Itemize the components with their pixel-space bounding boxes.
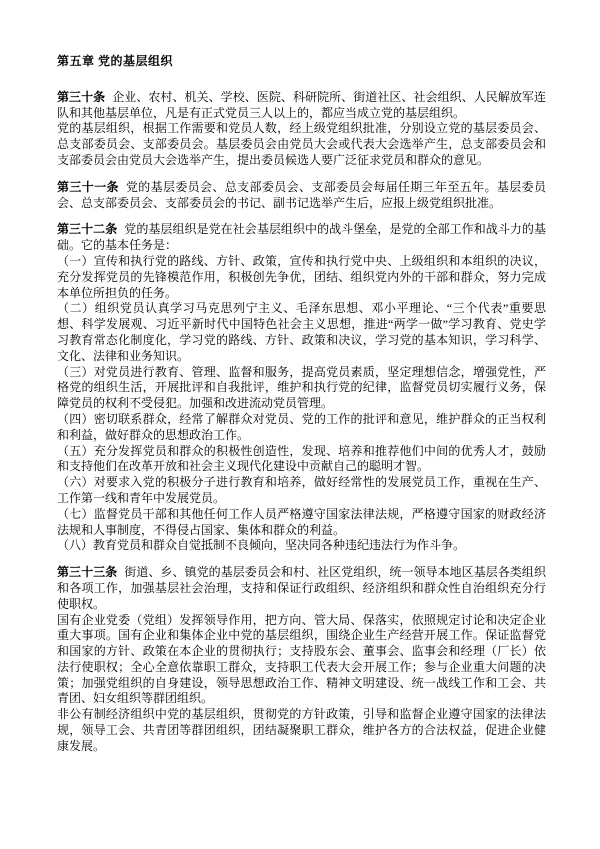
document-page: 第五章 党的基层组织 第三十条企业、农村、机关、学校、医院、科研院所、街道社区、… [57, 54, 546, 755]
article-number: 第三十二条 [57, 222, 117, 236]
paragraph: 第三十条企业、农村、机关、学校、医院、科研院所、街道社区、社会组织、人民解放军连… [57, 90, 546, 122]
article-33: 第三十三条街道、乡、镇党的基层委员会和村、社区党组织，统一领导本地区基层各类组织… [57, 565, 546, 755]
article-30: 第三十条企业、农村、机关、学校、医院、科研院所、街道社区、社会组织、人民解放军连… [57, 90, 546, 169]
paragraph: （三）对党员进行教育、管理、监督和服务，提高党员素质，坚定理想信念，增强党性，严… [57, 365, 546, 412]
paragraph: （六）对要求入党的积极分子进行教育和培养，做好经常性的发展党员工作，重视在生产、… [57, 475, 546, 507]
article-text: 街道、乡、镇党的基层委员会和村、社区党组织，统一领导本地区基层各类组织和各项工作… [57, 565, 546, 611]
article-32: 第三十二条党的基层组织是党在社会基层组织中的战斗堡垒，是党的全部工作和战斗力的基… [57, 222, 546, 554]
chapter-heading: 第五章 党的基层组织 [57, 54, 546, 70]
paragraph: （四）密切联系群众，经常了解群众对党员、党的工作的批评和意见，维护群众的正当权利… [57, 412, 546, 444]
article-text: 党的基层组织是党在社会基层组织中的战斗堡垒，是党的全部工作和战斗力的基础。它的基… [57, 222, 546, 252]
article-number: 第三十一条 [57, 180, 119, 194]
paragraph: 非公有制经济组织中党的基层组织，贯彻党的方针政策，引导和监督企业遵守国家的法律法… [57, 707, 546, 754]
paragraph: 第三十二条党的基层组织是党在社会基层组织中的战斗堡垒，是党的全部工作和战斗力的基… [57, 222, 546, 254]
paragraph: 第三十一条党的基层委员会、总支部委员会、支部委员会每届任期三年至五年。基层委员会… [57, 180, 546, 212]
article-31: 第三十一条党的基层委员会、总支部委员会、支部委员会每届任期三年至五年。基层委员会… [57, 180, 546, 212]
paragraph: 国有企业党委（党组）发挥领导作用，把方向、管大局、保落实，依照规定讨论和决定企业… [57, 613, 546, 708]
article-text: 党的基层委员会、总支部委员会、支部委员会每届任期三年至五年。基层委员会、总支部委… [57, 180, 546, 210]
paragraph: （八）教育党员和群众自觉抵制不良倾向，坚决同各种违纪违法行为作斗争。 [57, 538, 546, 554]
paragraph: 党的基层组织，根据工作需要和党员人数，经上级党组织批准，分别设立党的基层委员会、… [57, 121, 546, 168]
paragraph: （五）充分发挥党员和群众的积极性创造性，发现、培养和推荐他们中间的优秀人才，鼓励… [57, 444, 546, 476]
article-number: 第三十条 [57, 90, 105, 104]
paragraph: （七）监督党员干部和其他任何工作人员严格遵守国家法律法规，严格遵守国家的财政经济… [57, 507, 546, 539]
paragraph: （一）宣传和执行党的路线、方针、政策，宣传和执行党中央、上级组织和本组织的决议，… [57, 254, 546, 301]
paragraph: 第三十三条街道、乡、镇党的基层委员会和村、社区党组织，统一领导本地区基层各类组织… [57, 565, 546, 612]
article-number: 第三十三条 [57, 565, 117, 579]
article-text: 企业、农村、机关、学校、医院、科研院所、街道社区、社会组织、人民解放军连队和其他… [57, 90, 546, 120]
paragraph: （二）组织党员认真学习马克思列宁主义、毛泽东思想、邓小平理论、“三个代表”重要思… [57, 301, 546, 364]
